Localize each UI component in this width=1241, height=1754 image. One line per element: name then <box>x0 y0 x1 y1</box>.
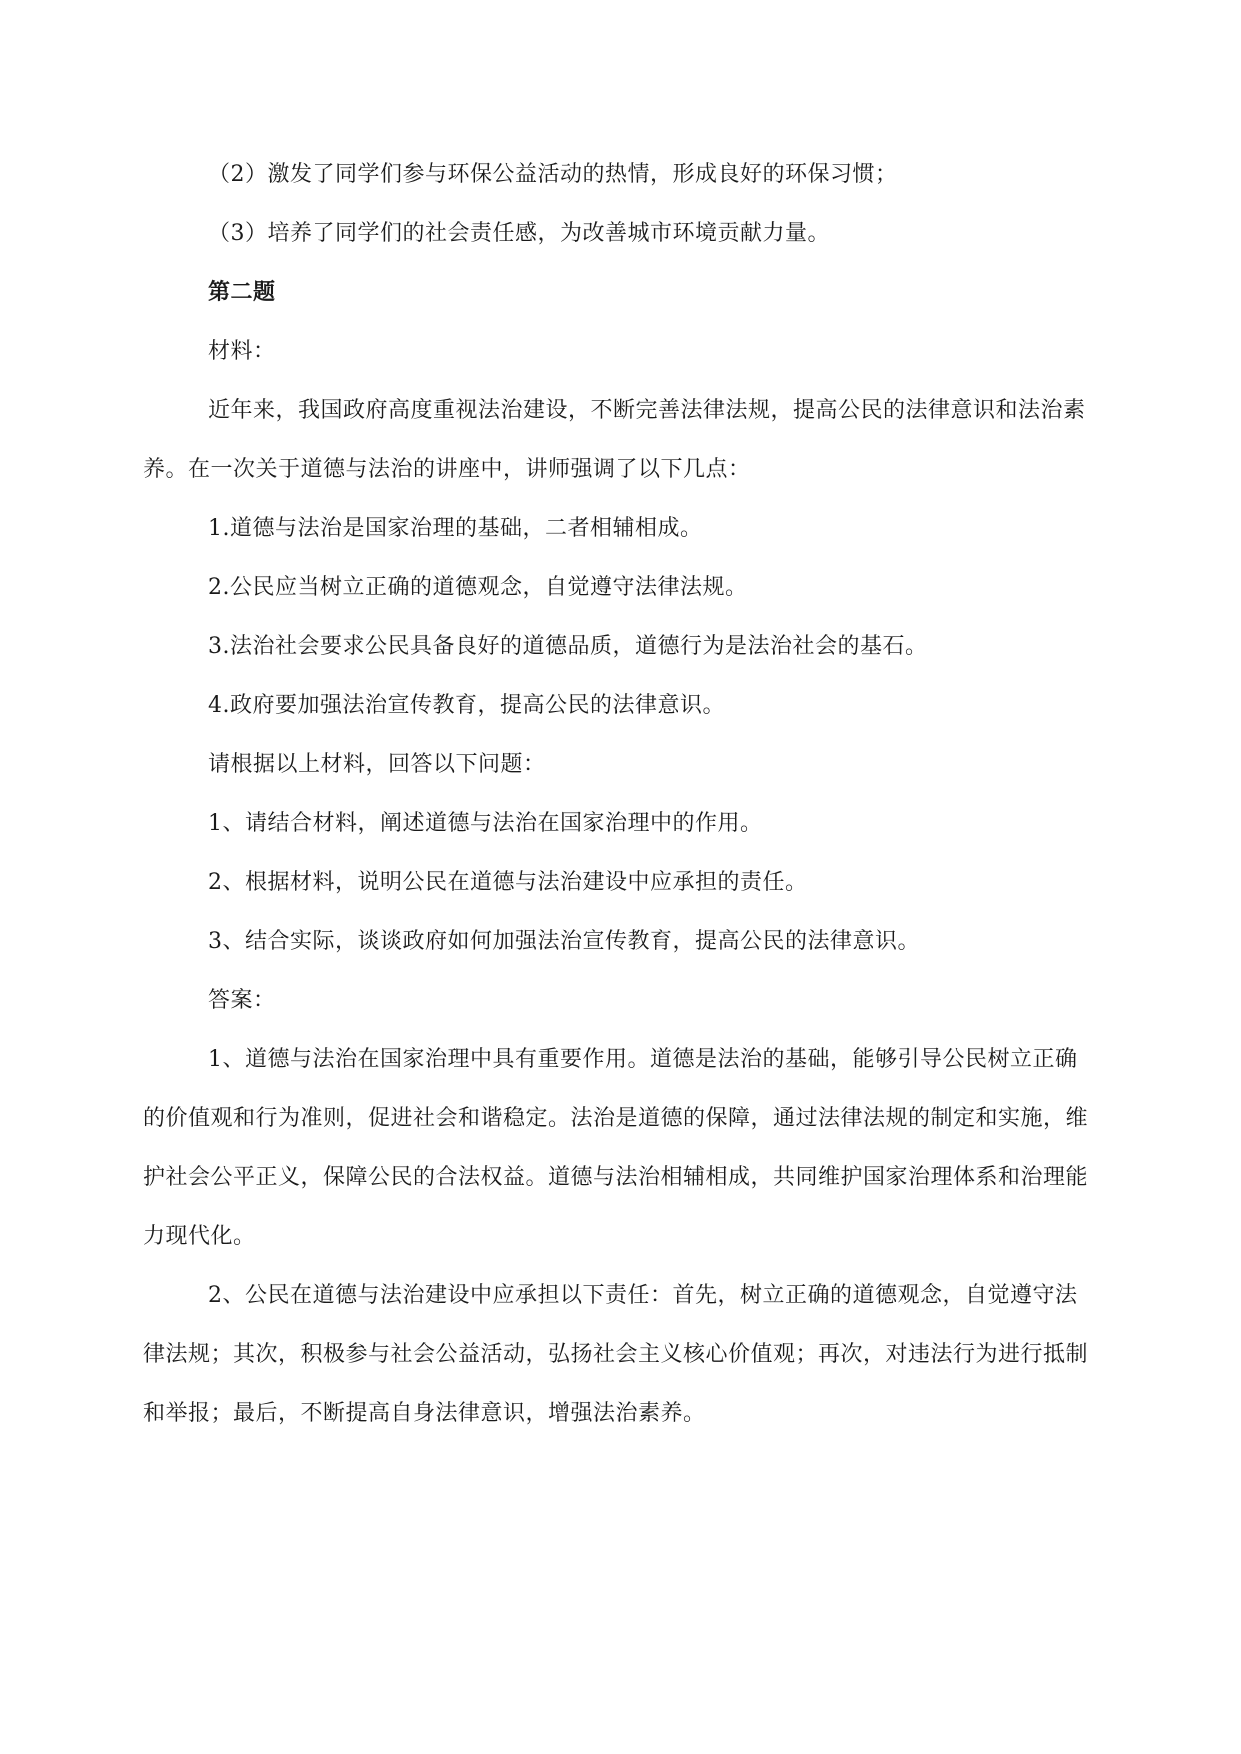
point-4: 4.政府要加强法治宣传教育，提高公民的法律意识。 <box>143 676 1093 735</box>
answer-label: 答案： <box>143 971 1093 1030</box>
section-heading: 第二题 <box>143 263 1093 322</box>
question-3: 3、结合实际，谈谈政府如何加强法治宣传教育，提高公民的法律意识。 <box>143 912 1093 971</box>
material-label: 材料： <box>143 322 1093 381</box>
document-page: （2）激发了同学们参与环保公益活动的热情，形成良好的环保习惯； （3）培养了同学… <box>143 145 1093 1443</box>
list-item-3: （3）培养了同学们的社会责任感，为改善城市环境贡献力量。 <box>143 204 1093 263</box>
list-item-2: （2）激发了同学们参与环保公益活动的热情，形成良好的环保习惯； <box>143 145 1093 204</box>
point-2: 2.公民应当树立正确的道德观念，自觉遵守法律法规。 <box>143 558 1093 617</box>
point-3: 3.法治社会要求公民具备良好的道德品质，道德行为是法治社会的基石。 <box>143 617 1093 676</box>
question-2: 2、根据材料，说明公民在道德与法治建设中应承担的责任。 <box>143 853 1093 912</box>
answer-2: 2、公民在道德与法治建设中应承担以下责任：首先，树立正确的道德观念，自觉遵守法律… <box>143 1266 1093 1443</box>
material-paragraph: 近年来，我国政府高度重视法治建设，不断完善法律法规，提高公民的法律意识和法治素养… <box>143 381 1093 499</box>
question-prompt: 请根据以上材料，回答以下问题： <box>143 735 1093 794</box>
question-1: 1、请结合材料，阐述道德与法治在国家治理中的作用。 <box>143 794 1093 853</box>
answer-1: 1、道德与法治在国家治理中具有重要作用。道德是法治的基础，能够引导公民树立正确的… <box>143 1030 1093 1266</box>
point-1: 1.道德与法治是国家治理的基础，二者相辅相成。 <box>143 499 1093 558</box>
